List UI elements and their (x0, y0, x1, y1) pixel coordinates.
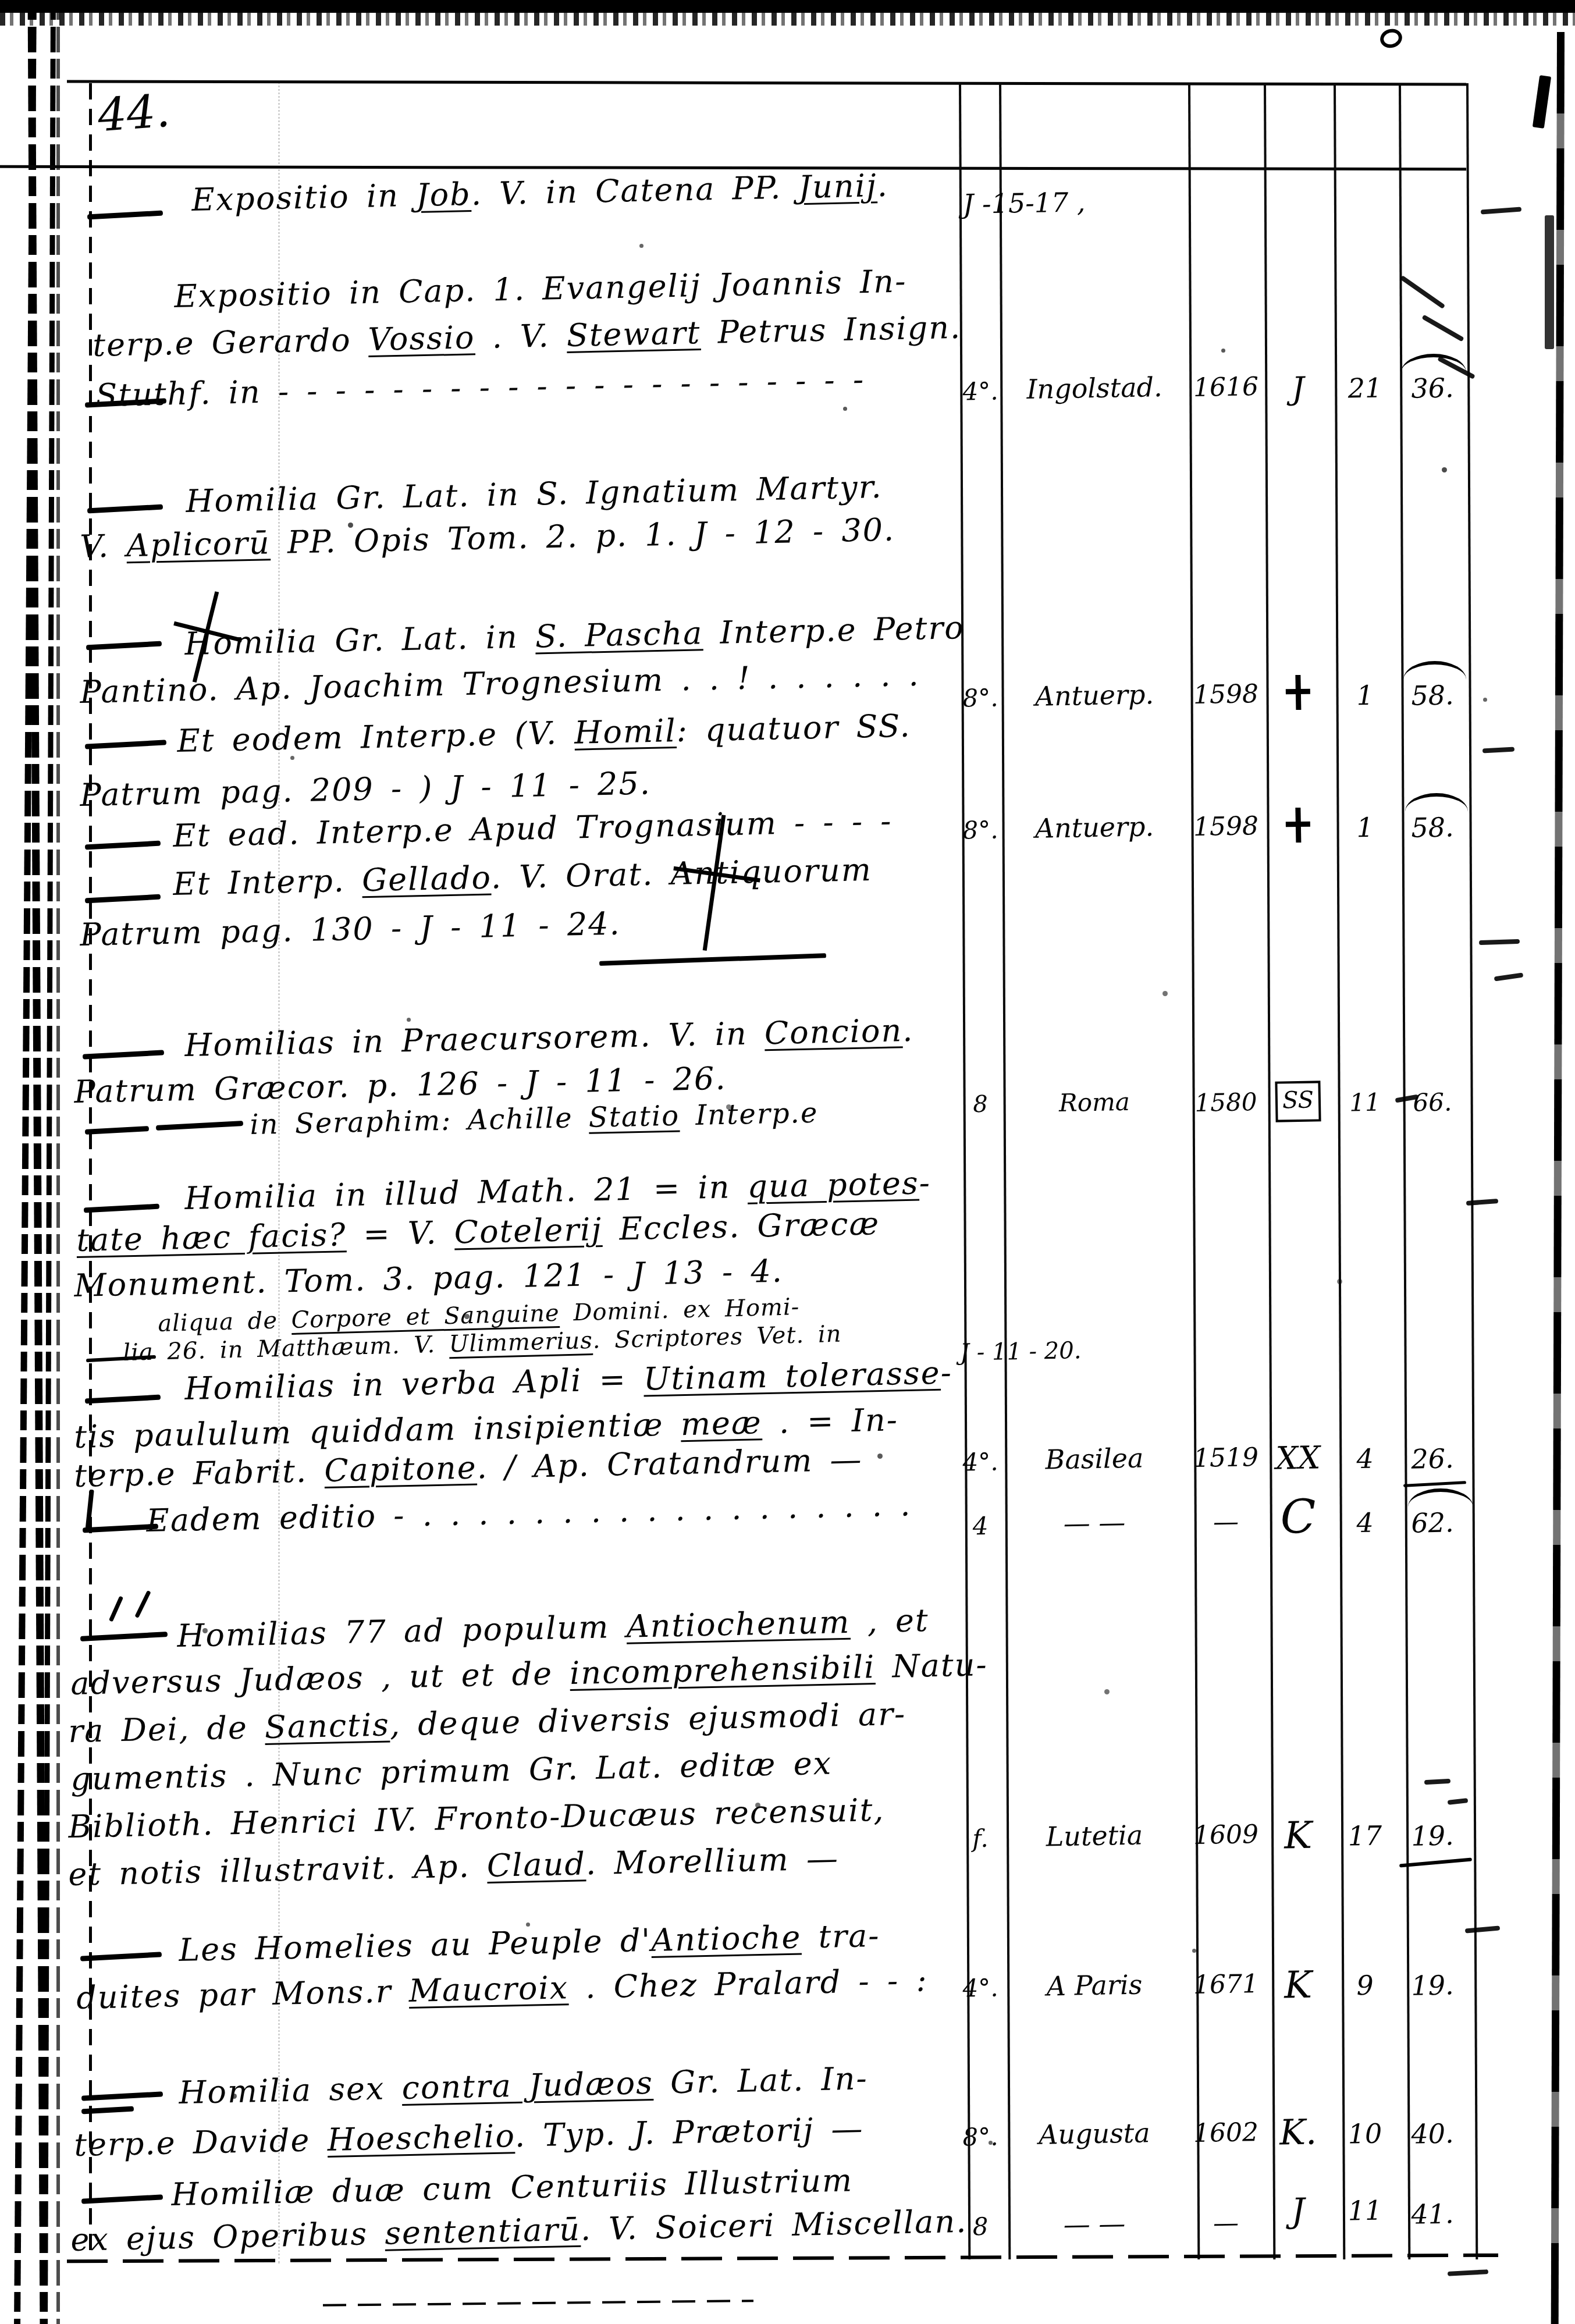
entry-line: Expositio in Cap. 1. Evangelij Joannis I… (174, 263, 907, 315)
entry-dash (87, 211, 163, 220)
place-cell: Antuerp. (1003, 810, 1186, 844)
binding-streak (56, 0, 60, 2324)
ink-smudge (1494, 973, 1524, 982)
cross-icon (1265, 674, 1330, 718)
entry-dash (85, 1395, 161, 1404)
mark-cell: XX (1265, 1439, 1330, 1477)
place-cell: Ingolstad. (1003, 371, 1186, 405)
year-cell: 1598 (1190, 679, 1262, 710)
entry-line: Homilia sex contra Judæos Gr. Lat. In- (179, 2060, 869, 2111)
entry-dash (81, 2194, 163, 2204)
price-cell: 66. (1400, 1088, 1466, 1117)
ink-ring (1378, 27, 1405, 51)
place-cell: Augusta (1003, 2116, 1186, 2151)
year-cell: 1519 (1190, 1442, 1262, 1473)
number-cell: 1 (1335, 679, 1396, 712)
year-cell: 1580 (1190, 1088, 1262, 1117)
column-line (1399, 83, 1410, 2259)
place-cell: — — (1003, 1505, 1186, 1540)
price-cell: 36. (1400, 372, 1466, 404)
entry-line: Stuthf. in - - - - - - - - - - - - - - -… (95, 361, 865, 414)
column-line (959, 83, 970, 2259)
year-cell: — (1190, 2208, 1262, 2238)
mark-cell: K (1265, 1814, 1330, 1858)
year-cell: 1598 (1190, 811, 1262, 842)
price-cell: 58. (1400, 679, 1466, 712)
place-cell: — — (1003, 2206, 1186, 2241)
format-cell: 8 (959, 1090, 1002, 1118)
number-cell: 21 (1335, 372, 1396, 404)
entry-dash (156, 1121, 243, 1131)
format-cell: 4°. (959, 1973, 1002, 2002)
entry-dash (85, 894, 161, 904)
entry-line: Les Homelies au Peuple d'Antioche tra- (179, 1917, 880, 1968)
entry-dash (85, 841, 161, 850)
mark-cell: J (1265, 2190, 1330, 2231)
place-cell: Lutetia (1003, 1818, 1186, 1853)
price-cell: 19. (1400, 1820, 1466, 1852)
entry-dash (84, 1204, 159, 1213)
format-cell: 4°. (959, 1447, 1002, 1476)
ink-tick (134, 1590, 151, 1618)
entry-dash (81, 2091, 163, 2101)
entry-line: Patrum pag. 130 - J - 11 - 24. (80, 905, 621, 953)
format-cell: 4 (959, 1511, 1002, 1540)
entry-line: duites par Mons.r Maucroix . Chez Pralar… (76, 1961, 928, 2016)
entry-dash (87, 504, 163, 514)
ink-strike (1399, 1858, 1472, 1868)
number-cell: 11 (1335, 1088, 1396, 1117)
edge-blob (1533, 75, 1551, 129)
number-cell: 9 (1335, 1969, 1396, 2002)
entry-line: adversus Judæos , ut et de incomprehensi… (70, 1646, 989, 1702)
mark-cell: K (1265, 1963, 1330, 2007)
shelf-ref: J - 11 - 20. (960, 1337, 1082, 1366)
ink-smudge (1448, 1798, 1469, 1805)
year-cell: 1616 (1190, 372, 1262, 403)
entry-dash (85, 740, 166, 749)
entry-dash (83, 1050, 164, 1059)
ink-cross-flourish (663, 809, 768, 957)
price-cell: 26. (1400, 1442, 1466, 1475)
format-cell: 4°. (959, 376, 1002, 406)
ink-tick (85, 1490, 94, 1531)
entry-line: Homilia Gr. Lat. in S. Ignatium Martyr. (186, 468, 883, 520)
entry-line: Et eodem Interp.e (V. Homil: quatuor SS. (177, 708, 912, 759)
binding-streak (42, 0, 56, 2324)
entry-line: Eadem editio - . . . . . . . . . . . . .… (146, 1486, 912, 1539)
price-cell: 58. (1400, 811, 1466, 844)
ink-smudge (1481, 207, 1521, 215)
entry-line: Homilias in Praecursorem. V. in Concion. (184, 1012, 914, 1064)
entry-line: Patrum pag. 209 - ) J - 11 - 25. (80, 765, 652, 813)
place-cell: A Paris (1003, 1968, 1186, 2002)
ink-smudge (1424, 1779, 1450, 1785)
ink-smudge (1465, 1925, 1500, 1933)
scan-specks (0, 0, 3, 3)
ink-flourish (1408, 1488, 1473, 1507)
entry-dash (80, 1632, 168, 1641)
shelf-ref: J -15-17 , (963, 186, 1086, 220)
cross-icon (1265, 807, 1330, 851)
price-cell: 41. (1400, 2198, 1466, 2230)
entry-line: Homilias 77 ad populum Antiochenum , et (177, 1602, 930, 1654)
year-cell: 1671 (1190, 1969, 1262, 2000)
mark-cell: C (1265, 1489, 1331, 1544)
ink-smudge (1400, 275, 1445, 309)
entry-line: Homilias in verba Apli = Utinam tolerass… (184, 1354, 953, 1407)
place-cell: Roma (1003, 1086, 1186, 1118)
format-cell: 8°. (959, 683, 1002, 712)
ink-tick (109, 1596, 123, 1622)
ink-rule (599, 953, 826, 966)
format-cell: 8 (959, 2212, 1002, 2241)
format-cell: 8°. (959, 815, 1002, 844)
column-line (1188, 83, 1200, 2259)
place-cell: Basilea (1003, 1441, 1186, 1476)
entry-line: V. Aplicorū PP. Opis Tom. 2. p. 1. J - 1… (80, 511, 895, 565)
place-cell: Antuerp. (1003, 678, 1186, 712)
entry-dash (86, 641, 162, 651)
ink-smudge (1421, 315, 1464, 342)
number-cell: 10 (1335, 2117, 1396, 2150)
scan-artifact-line (323, 2300, 753, 2307)
ink-smudge (1482, 747, 1514, 754)
entry-line: terp.e Gerardo Vossio . V. Stewart Petru… (93, 309, 962, 364)
price-cell: 19. (1400, 1969, 1466, 2002)
table-bottom-border (67, 2254, 1498, 2263)
year-cell: 1602 (1190, 2117, 1262, 2148)
page-number: 44. (96, 85, 172, 142)
edge-blob (1545, 215, 1554, 349)
entry-line: ra Dei, de Sanctis, deque diversis ejusm… (68, 1696, 906, 1750)
number-cell: 4 (1335, 1506, 1396, 1539)
entry-line: Et ead. Interp.e Apud Trognasium - - - - (173, 802, 893, 854)
number-cell: 4 (1335, 1442, 1396, 1475)
entry-dash (85, 1126, 149, 1135)
column-line (999, 83, 1011, 2259)
price-cell: 40. (1400, 2117, 1466, 2150)
ink-flourish (1403, 661, 1466, 680)
mark-cell: SS (1265, 1081, 1330, 1122)
mark-cell: J (1265, 369, 1330, 407)
table-left-border (89, 83, 92, 2259)
ink-smudge (1479, 939, 1520, 945)
table-top-border (67, 80, 1466, 86)
year-cell: — (1190, 1506, 1262, 1537)
ink-underline (1403, 1481, 1466, 1487)
format-cell: 8°. (959, 2122, 1002, 2151)
column-line (1264, 83, 1275, 2259)
ink-flourish (1405, 793, 1468, 812)
year-cell: 1609 (1190, 1820, 1262, 1850)
price-cell: 62. (1400, 1506, 1466, 1539)
entry-dash (80, 1952, 162, 1961)
column-line (1334, 83, 1345, 2259)
number-cell: 1 (1335, 811, 1396, 844)
paper-right-edge (1551, 32, 1565, 2324)
entry-line: terp.e Davide Hoeschelio. Typ. J. Prætor… (74, 2110, 864, 2163)
number-cell: 17 (1335, 1820, 1396, 1852)
entry-line: Homilia Gr. Lat. in S. Pascha Interp.e P… (184, 609, 965, 662)
entry-line: gumentis . Nunc primum Gr. Lat. editæ ex (70, 1745, 833, 1797)
boxed-mark: SS (1275, 1081, 1321, 1122)
ink-smudge (1448, 2269, 1488, 2276)
entry-line: Homiliæ duæ cum Centuriis Illustrium (171, 2162, 854, 2213)
entry-line: Biblioth. Henrici IV. Fronto-Ducæus rece… (68, 1792, 885, 1845)
format-cell: f. (959, 1824, 1002, 1853)
scan-top-fringe (0, 10, 1575, 26)
entry-line: Expositio in Job. V. in Catena PP. Junij… (191, 167, 889, 218)
mark-cell: K. (1265, 2112, 1330, 2154)
entry-line: et notis illustravit. Ap. Claud. Morelli… (68, 1840, 840, 1893)
number-cell: 11 (1335, 2194, 1396, 2227)
catalog-page: 44. Expositio in Job. V. in Catena PP. J… (0, 0, 1575, 2324)
